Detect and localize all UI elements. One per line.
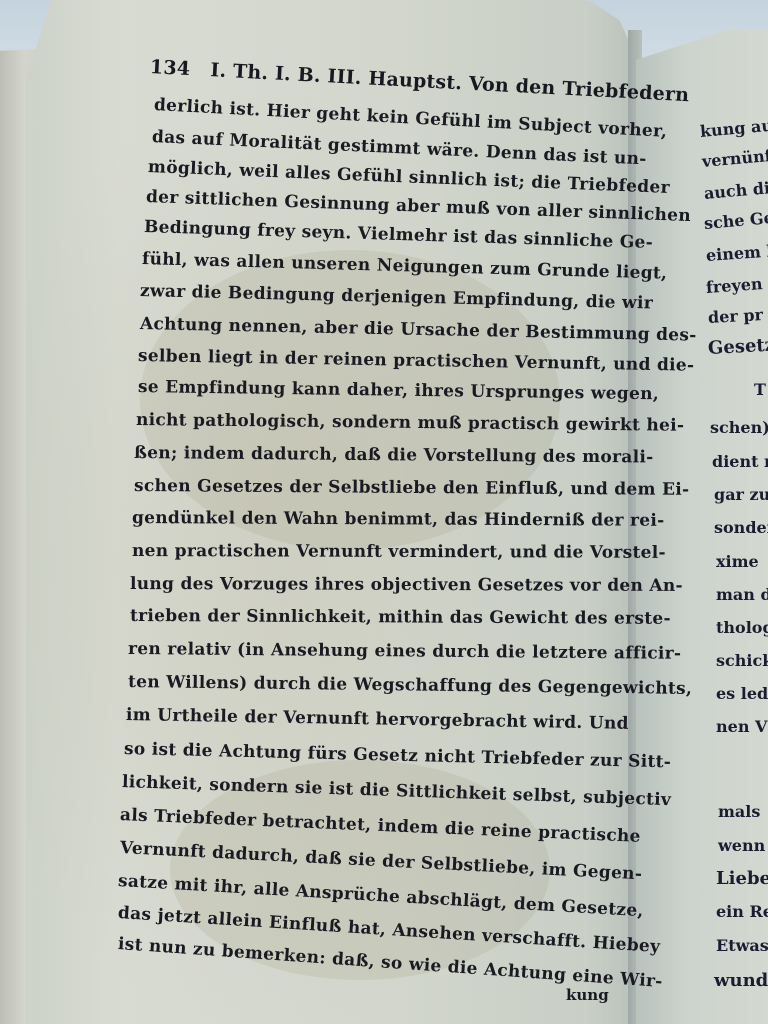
text-line: Gesetz [707, 335, 768, 359]
catchword: kung [566, 986, 609, 1004]
text-line: trieben der Sinnlichkeit, mithin das Gew… [130, 606, 671, 629]
text-line: nen practischen Vernunft vermindert, und… [132, 541, 666, 563]
text-line: freyen [705, 274, 763, 297]
text-line: mals [718, 802, 760, 821]
text-line: sonder [714, 518, 768, 537]
page-number: 134 [149, 56, 190, 80]
text-line: schickli [716, 651, 768, 670]
text-line: schen) [710, 418, 768, 437]
text-line: wund [714, 970, 768, 991]
text-line: schen Gesetzes der Selbstliebe den Einfl… [134, 476, 690, 500]
text-line: xime [716, 552, 759, 571]
text-line: ein Re [716, 902, 768, 921]
text-line: dient n [712, 452, 768, 471]
text-line: lung des Vorzuges ihres objectiven Geset… [130, 574, 683, 596]
text-line: gar zu [714, 485, 768, 504]
text-line: Liebe, [716, 868, 768, 889]
text-line: es led [716, 684, 768, 703]
text-line: man d [716, 585, 768, 604]
text-line: der pr [708, 305, 764, 327]
text-line: wenn [718, 836, 765, 855]
text-line: nen V [716, 717, 767, 736]
text-line: gendünkel den Wahn benimmt, das Hinderni… [132, 508, 665, 531]
text-line: Etwas [716, 936, 768, 955]
text-line: T [754, 380, 766, 399]
text-line: tholog [716, 618, 768, 637]
